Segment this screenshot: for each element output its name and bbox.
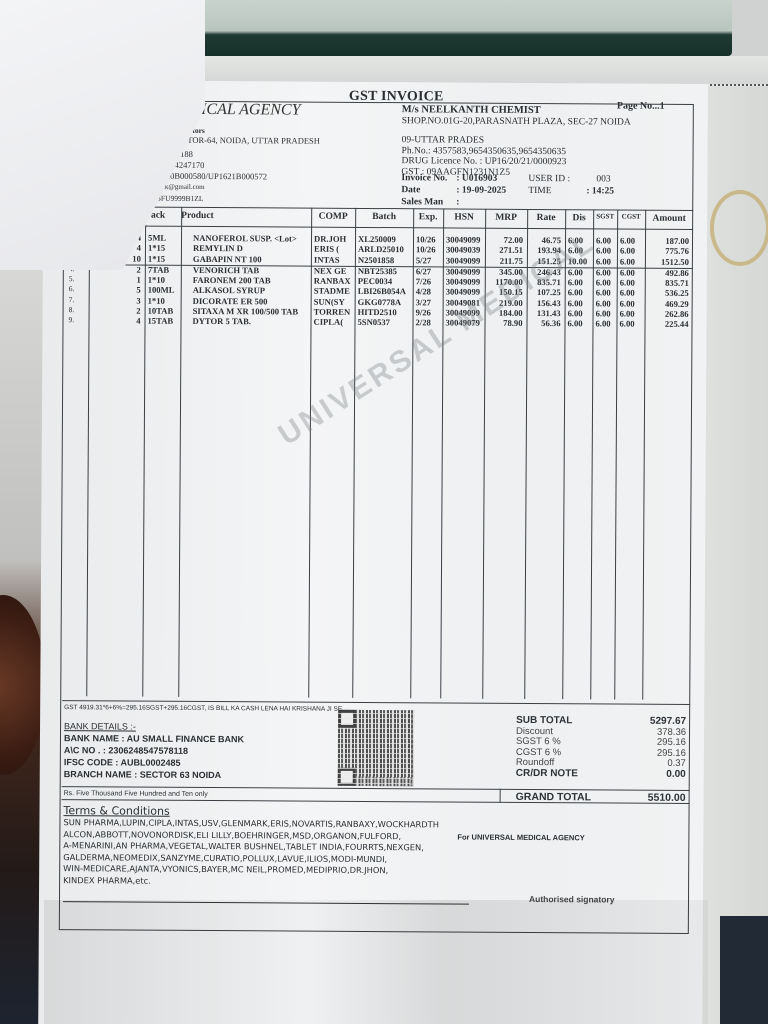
- cell-batch: HITD2510: [358, 307, 397, 317]
- table-header: Sn.Qty.PackProductCOMPBatchExp.HSNMRPRat…: [65, 206, 693, 230]
- cell-comp: SUN(SY: [314, 296, 345, 306]
- cell-cgst: 6.00: [620, 288, 635, 298]
- cell-hsn: 30049039: [446, 245, 480, 255]
- invoice-no-value: : U016903: [456, 174, 528, 184]
- cgst-value: 295.16: [657, 747, 686, 758]
- desk-shadow: [720, 916, 768, 1024]
- cell-sgst: 6.00: [596, 256, 611, 266]
- cell-cgst: 6.00: [620, 278, 635, 288]
- bank-details: BANK DETAILS :- BANK NAME : AU SMALL FIN…: [64, 720, 244, 781]
- grand-total-label: GRAND TOTAL: [516, 791, 592, 803]
- cell-batch: LBI26B054A: [358, 286, 406, 296]
- cell-product: VENORICH TAB: [193, 265, 259, 275]
- sales-man-label: Sales Man: [401, 197, 456, 207]
- cell-sgst: 6.00: [596, 235, 611, 245]
- bank-branch: BRANCH NAME : SECTOR 63 NOIDA: [64, 768, 244, 781]
- rubber-band-object: [710, 190, 768, 266]
- cell-product: FARONEM 200 TAB: [193, 275, 271, 285]
- cell-sgst: 6.00: [596, 288, 611, 298]
- cell-mrp: 271.51: [485, 245, 523, 255]
- cell-cgst: 6.00: [619, 319, 634, 329]
- discount-label: Discount: [516, 725, 553, 736]
- cell-product: ALKASOL SYRUP: [193, 285, 265, 295]
- cell-qty: 2: [89, 305, 141, 315]
- cell-cgst: 6.00: [620, 298, 635, 308]
- cell-dis: 6.00: [568, 288, 583, 298]
- cell-pack: 7TAB: [148, 265, 169, 275]
- totals-block: SUB TOTAL 5297.67 Discount 378.36 SGST 6…: [516, 715, 686, 779]
- cell-pack: 1*10: [148, 275, 165, 285]
- cell-sn: 6.: [69, 285, 75, 294]
- cell-comp: CIPLA(: [313, 317, 343, 327]
- cell-amount: 1512.50: [645, 256, 689, 266]
- crdr-row: CR/DR NOTE 0.00: [516, 767, 686, 779]
- buyer-address: SHOP.NO.01G-20,PARASNATH PLAZA, SEC-27 N…: [402, 116, 631, 128]
- column-header-cgst: CGST: [617, 213, 645, 221]
- cell-hsn: 30049099: [446, 266, 480, 276]
- cell-qty: 5: [89, 285, 141, 295]
- cell-comp: STADME: [314, 286, 350, 296]
- invoice-meta: Invoice No. : U016903 USER ID : 003 Date…: [401, 172, 614, 209]
- bank-heading: BANK DETAILS :-: [64, 720, 244, 733]
- cell-amount: 187.00: [645, 236, 689, 246]
- cell-sgst: 6.00: [596, 267, 611, 277]
- cgst-label: CGST 6 %: [516, 746, 561, 757]
- buyer-drug-licence: DRUG Licence No. : UP16/20/21/0000923: [401, 156, 630, 168]
- cell-pack: 5ML: [148, 233, 166, 243]
- roundoff-value: 0.37: [667, 758, 686, 769]
- items-table: Sn.Qty.PackProductCOMPBatchExp.HSNMRPRat…: [62, 206, 693, 700]
- cell-amount: 262.86: [645, 309, 689, 319]
- sgst-value: 295.16: [657, 737, 686, 748]
- time-label: TIME: [528, 186, 586, 196]
- bank-account: A\C NO . : 2306248547578118: [64, 744, 244, 757]
- roundoff-label: Roundoff: [516, 757, 554, 768]
- cell-hsn: 30049099: [446, 255, 480, 265]
- user-id-value: 003: [596, 174, 610, 184]
- cell-pack: 1*15: [148, 253, 165, 263]
- cell-sn: 9.: [69, 316, 75, 325]
- cell-batch: N2501858: [358, 255, 394, 265]
- column-header-rate: Rate: [527, 213, 565, 223]
- cell-dis: 6.00: [568, 277, 583, 287]
- cell-sgst: 6.00: [596, 308, 611, 318]
- terms-block: Terms & Conditions SUN PHARMA,LUPIN,CIPL…: [63, 804, 439, 888]
- cell-dis: 6.00: [568, 298, 583, 308]
- cell-batch: NBT25385: [358, 266, 397, 276]
- cell-cgst: 6.00: [620, 246, 635, 256]
- cell-sgst: 6.00: [596, 278, 611, 288]
- sub-total-label: SUB TOTAL: [516, 715, 572, 726]
- cell-comp: RANBAX: [314, 276, 351, 286]
- cell-mrp: 72.00: [485, 235, 523, 245]
- buyer-block: M/s NEELKANTH CHEMIST SHOP.NO.01G-20,PAR…: [401, 105, 630, 178]
- bank-name: BANK NAME : AU SMALL FINANCE BANK: [64, 732, 244, 745]
- column-header-product: Product: [181, 211, 311, 222]
- cell-cgst: 6.00: [620, 267, 635, 277]
- cell-dis: 6.00: [568, 308, 583, 318]
- cell-batch: 5SN0537: [357, 317, 390, 327]
- cell-product: DICORATE ER 500: [193, 296, 268, 306]
- cell-amount: 469.29: [645, 298, 689, 308]
- date-label: Date: [401, 185, 456, 195]
- crdr-label: CR/DR NOTE: [516, 767, 578, 778]
- cell-sgst: 6.00: [596, 298, 611, 308]
- cell-exp: 5/27: [416, 255, 431, 265]
- cell-pack: 15TAB: [147, 316, 173, 326]
- cell-exp: 3/27: [416, 297, 431, 307]
- authorised-signatory: Authorised signatory: [529, 894, 615, 905]
- cell-exp: 4/28: [416, 287, 431, 297]
- column-header-exp: Exp.: [413, 212, 443, 222]
- cell-comp: DR.JOH: [314, 234, 346, 244]
- cell-amount: 775.76: [645, 246, 689, 256]
- grand-total-row: GRAND TOTAL 5510.00: [516, 791, 686, 804]
- grand-total-value: 5510.00: [648, 792, 686, 804]
- buyer-name: M/s NEELKANTH CHEMIST: [402, 105, 631, 117]
- discount-value: 378.36: [657, 726, 686, 737]
- cell-sn: 7.: [69, 295, 75, 304]
- sgst-label: SGST 6 %: [516, 736, 561, 747]
- cell-exp: 10/26: [416, 245, 436, 255]
- cell-qty: 1: [89, 274, 141, 284]
- cell-product: GABAPIN NT 100: [193, 254, 262, 264]
- grand-total-separator: [500, 789, 501, 803]
- column-header-amount: Amount: [645, 214, 693, 224]
- cell-exp: 6/27: [416, 266, 431, 276]
- sub-total-value: 5297.67: [650, 716, 686, 727]
- cell-pack: 100ML: [148, 285, 175, 295]
- user-id-label: USER ID :: [528, 174, 586, 184]
- date-value: : 19-09-2025: [456, 186, 528, 196]
- cell-cgst: 6.00: [620, 236, 635, 246]
- cell-amount: 492.86: [645, 268, 689, 278]
- cell-product: SITAXA M XR 100/500 TAB: [193, 306, 299, 317]
- cell-comp: TORREN: [314, 307, 351, 317]
- cell-batch: GKG0778A: [358, 297, 402, 307]
- cell-pack: 1*15: [148, 243, 165, 253]
- bank-ifsc: IFSC CODE : AUBL0002485: [64, 756, 244, 769]
- cell-rate: 56.36: [526, 318, 560, 328]
- column-header-sgst: SGST: [593, 212, 617, 220]
- buyer-state: 09-UTTAR PRADES: [402, 135, 631, 147]
- cell-qty: 4: [89, 316, 141, 326]
- crdr-value: 0.00: [666, 768, 686, 779]
- cell-product: REMYLIN D: [193, 243, 243, 253]
- cell-product: DYTOR 5 TAB.: [192, 316, 251, 326]
- column-header-dis: Dis: [565, 213, 593, 223]
- cell-mrp: 211.75: [485, 255, 523, 265]
- column-header-mrp: MRP: [485, 213, 527, 223]
- cell-sn: 5.: [69, 274, 75, 283]
- cell-sgst: 6.00: [595, 319, 610, 329]
- cell-dis: 6.00: [567, 319, 582, 329]
- column-header-comp: COMP: [311, 212, 355, 222]
- glass-slab-background: [200, 0, 732, 56]
- cell-exp: 7/26: [416, 276, 431, 286]
- time-value: : 14:25: [586, 186, 614, 196]
- cell-product: NANOFEROL SUSP. <Lot>: [193, 233, 297, 244]
- cell-amount: 536.25: [645, 288, 689, 298]
- cell-cgst: 6.00: [620, 309, 635, 319]
- cell-rate: 131.43: [527, 308, 561, 318]
- cell-hsn: 30049099: [446, 234, 480, 244]
- invoice-no-label: Invoice No.: [401, 173, 456, 183]
- cell-amount: 835.71: [645, 278, 689, 288]
- table-body: 1.45MLNANOFEROL SUSP. <Lot>DR.JOHXL25000…: [64, 232, 693, 330]
- cell-comp: INTAS: [314, 254, 340, 264]
- column-header-batch: Batch: [355, 212, 413, 222]
- cell-comp: ERIS (: [314, 244, 339, 254]
- cell-rate: 156.43: [527, 298, 561, 308]
- cell-pack: 10TAB: [148, 306, 174, 316]
- cell-batch: ARLD25010: [358, 244, 404, 254]
- cell-cgst: 6.00: [620, 256, 635, 266]
- for-agency-label: For UNIVERSAL MEDICAL AGENCY: [457, 833, 584, 843]
- cell-qty: 3: [89, 295, 141, 305]
- cell-amount: 225.44: [644, 319, 688, 329]
- terms-line: KINDEX PHARMA,etc.: [63, 875, 439, 889]
- cell-exp: 10/26: [416, 234, 436, 244]
- qr-code-pattern: [338, 710, 414, 786]
- cell-sn: 8.: [69, 305, 75, 314]
- cell-pack: 1*10: [148, 295, 165, 305]
- cell-batch: PEC0034: [358, 276, 392, 286]
- column-header-hsn: HSN: [443, 212, 485, 222]
- cell-comp: NEX GE: [314, 266, 347, 276]
- cell-hsn: 30049099: [446, 277, 480, 287]
- sales-man-value: :: [456, 198, 459, 208]
- cell-exp: 9/26: [416, 307, 431, 317]
- cell-batch: XL250009: [358, 234, 396, 244]
